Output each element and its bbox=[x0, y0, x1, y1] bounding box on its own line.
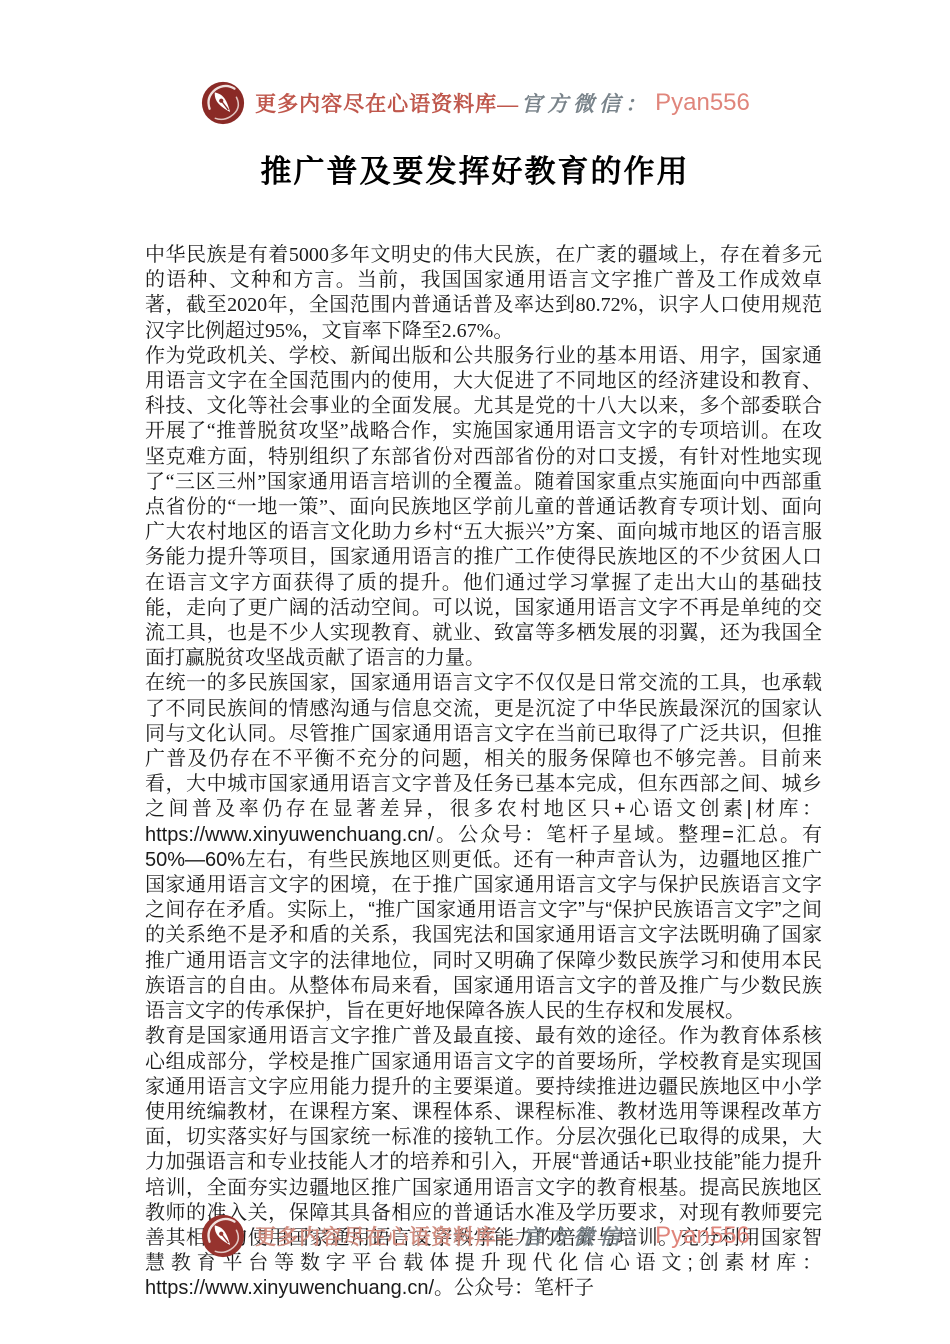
document-page: 更多内容尽在心语资料库— 官方微信： Pyan556 推广普及要发挥好教育的作用… bbox=[0, 0, 950, 1344]
body-paragraph-3: 在统一的多民族国家，国家通用语言文字不仅仅是日常交流的工具，也承载了不同民族间的… bbox=[145, 671, 822, 1024]
pen-nib-logo-icon bbox=[200, 80, 246, 126]
wechat-id: Pyan556 bbox=[655, 1222, 750, 1250]
header-watermark: 更多内容尽在心语资料库— 官方微信： Pyan556 bbox=[0, 80, 950, 126]
watermark-site-text: 更多内容尽在心语资料库— bbox=[255, 1221, 519, 1251]
watermark-site-text: 更多内容尽在心语资料库— bbox=[255, 88, 519, 118]
body-paragraph-1: 中华民族是有着5000多年文明史的伟大民族，在广袤的疆域上，存在着多元的语种、文… bbox=[145, 243, 822, 344]
body-paragraph-2: 作为党政机关、学校、新闻出版和公共服务行业的基本用语、用字，国家通用语言文字在全… bbox=[145, 344, 822, 672]
document-body: 中华民族是有着5000多年文明史的伟大民族，在广袤的疆域上，存在着多元的语种、文… bbox=[145, 243, 822, 1302]
wechat-label: 官方微信： bbox=[521, 88, 651, 118]
wechat-label: 官方微信： bbox=[521, 1221, 651, 1251]
pen-nib-logo-icon bbox=[200, 1213, 246, 1259]
wechat-id: Pyan556 bbox=[655, 89, 750, 117]
document-title: 推广普及要发挥好教育的作用 bbox=[0, 146, 950, 191]
body-paragraph-4: 教育是国家通用语言文字推广普及最直接、最有效的途径。作为教育体系核心组成部分，学… bbox=[145, 1024, 822, 1301]
footer-watermark: 更多内容尽在心语资料库— 官方微信： Pyan556 bbox=[0, 1213, 950, 1259]
